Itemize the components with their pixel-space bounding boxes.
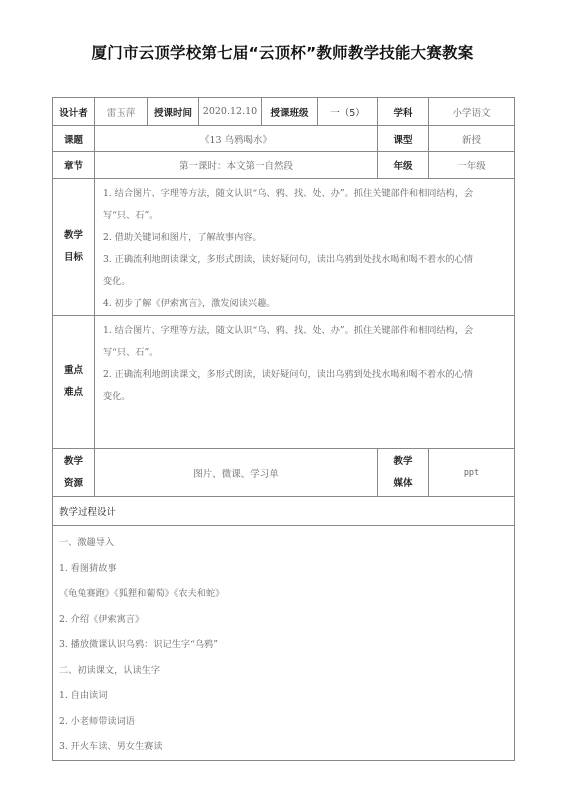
topic-value: 《13 乌鸦喝水》	[95, 126, 378, 152]
process-content-row: 一、激趣导入 1. 看图猜故事 《龟兔赛跑》《狐狸和葡萄》《农夫和蛇》 2. 介…	[53, 526, 515, 761]
chapter-row: 章节 第一课时：本文第一自然段 年级 一年级	[53, 152, 515, 179]
chapter-label: 章节	[53, 152, 95, 179]
media-value: ppt	[429, 449, 515, 497]
media-label-line2: 媒体	[378, 473, 428, 495]
lesson-type-label: 课型	[378, 126, 429, 152]
lesson-plan-table: 设计者 雷玉萍 授课时间 2020.12.10 授课班级 一（5） 学科 小学语…	[52, 97, 515, 761]
objectives-label-line2: 目标	[53, 247, 94, 269]
grade-value: 一年级	[429, 152, 515, 179]
resources-row: 教学 资源 图片、微课、学习单 教学 媒体 ppt	[53, 449, 515, 497]
process-line: 二、初读课文，认读生字	[59, 658, 508, 684]
time-value: 2020.12.10	[199, 98, 262, 126]
resources-label-line2: 资源	[53, 473, 94, 495]
objectives-label: 教学 目标	[53, 179, 95, 316]
key-point-line: 2. 正确流利地朗读课文，多形式朗读，读好疑问句，读出乌鸦到处找水喝和喝不着水的…	[103, 364, 508, 386]
objective-line: 1. 结合图片、字理等方法，随文认识“乌、鸦、找、处、办”。抓住关键部件和相同结…	[103, 183, 508, 205]
key-point-line: 写“只、石”。	[103, 342, 508, 364]
objective-line: 变化。	[103, 271, 508, 293]
process-content: 一、激趣导入 1. 看图猜故事 《龟兔赛跑》《狐狸和葡萄》《农夫和蛇》 2. 介…	[53, 526, 515, 761]
process-line: 一、激趣导入	[59, 530, 508, 556]
key-points-row: 重点 难点 1. 结合图片、字理等方法，随文认识“乌、鸦、找、处、办”。抓住关键…	[53, 316, 515, 449]
resources-label-line1: 教学	[53, 451, 94, 473]
objective-line: 4. 初步了解《伊索寓言》，激发阅读兴趣。	[103, 293, 508, 315]
lesson-type-value: 新授	[429, 126, 515, 152]
objective-line: 3. 正确流利地朗读课文，多形式朗读，读好疑问句，读出乌鸦到处找水喝和喝不着水的…	[103, 249, 508, 271]
class-label: 授课班级	[262, 98, 318, 126]
designer-label: 设计者	[53, 98, 95, 126]
resources-value: 图片、微课、学习单	[95, 449, 378, 497]
objectives-label-line1: 教学	[53, 225, 94, 247]
key-points-content: 1. 结合图片、字理等方法，随文认识“乌、鸦、找、处、办”。抓住关键部件和相同结…	[95, 316, 515, 449]
topic-row: 课题 《13 乌鸦喝水》 课型 新授	[53, 126, 515, 152]
header-row: 设计者 雷玉萍 授课时间 2020.12.10 授课班级 一（5） 学科 小学语…	[53, 98, 515, 126]
document-title: 厦门市云顶学校第七届“云顶杯”教师教学技能大赛教案	[0, 41, 565, 63]
subject-label: 学科	[378, 98, 429, 126]
key-points-label: 重点 难点	[53, 316, 95, 449]
objectives-content: 1. 结合图片、字理等方法，随文认识“乌、鸦、找、处、办”。抓住关键部件和相同结…	[95, 179, 515, 316]
process-heading-row: 教学过程设计	[53, 497, 515, 526]
time-label: 授课时间	[148, 98, 199, 126]
class-value: 一（5）	[318, 98, 378, 126]
process-line: 3. 开火车读、男女生赛读	[59, 734, 508, 760]
topic-label: 课题	[53, 126, 95, 152]
grade-label: 年级	[378, 152, 429, 179]
process-line: 《龟兔赛跑》《狐狸和葡萄》《农夫和蛇》	[59, 581, 508, 607]
objective-line: 写“只、石”。	[103, 205, 508, 227]
key-points-label-line2: 难点	[53, 382, 94, 404]
chapter-value: 第一课时：本文第一自然段	[95, 152, 378, 179]
process-line: 3. 播放微课认识乌鸦：识记生字“乌鸦”	[59, 632, 508, 658]
process-line: 2. 介绍《伊索寓言》	[59, 607, 508, 633]
objectives-row: 教学 目标 1. 结合图片、字理等方法，随文认识“乌、鸦、找、处、办”。抓住关键…	[53, 179, 515, 316]
media-label-line1: 教学	[378, 451, 428, 473]
objective-line: 2. 借助关键词和图片，了解故事内容。	[103, 227, 508, 249]
key-points-label-line1: 重点	[53, 360, 94, 382]
designer-value: 雷玉萍	[95, 98, 148, 126]
key-point-line: 变化。	[103, 386, 508, 408]
subject-value: 小学语文	[429, 98, 515, 126]
process-heading: 教学过程设计	[53, 497, 515, 526]
process-line: 1. 自由读词	[59, 683, 508, 709]
process-line: 2. 小老师带读词语	[59, 709, 508, 735]
media-label: 教学 媒体	[378, 449, 429, 497]
key-point-line: 1. 结合图片、字理等方法，随文认识“乌、鸦、找、处、办”。抓住关键部件和相同结…	[103, 320, 508, 342]
resources-label: 教学 资源	[53, 449, 95, 497]
process-line: 1. 看图猜故事	[59, 556, 508, 582]
